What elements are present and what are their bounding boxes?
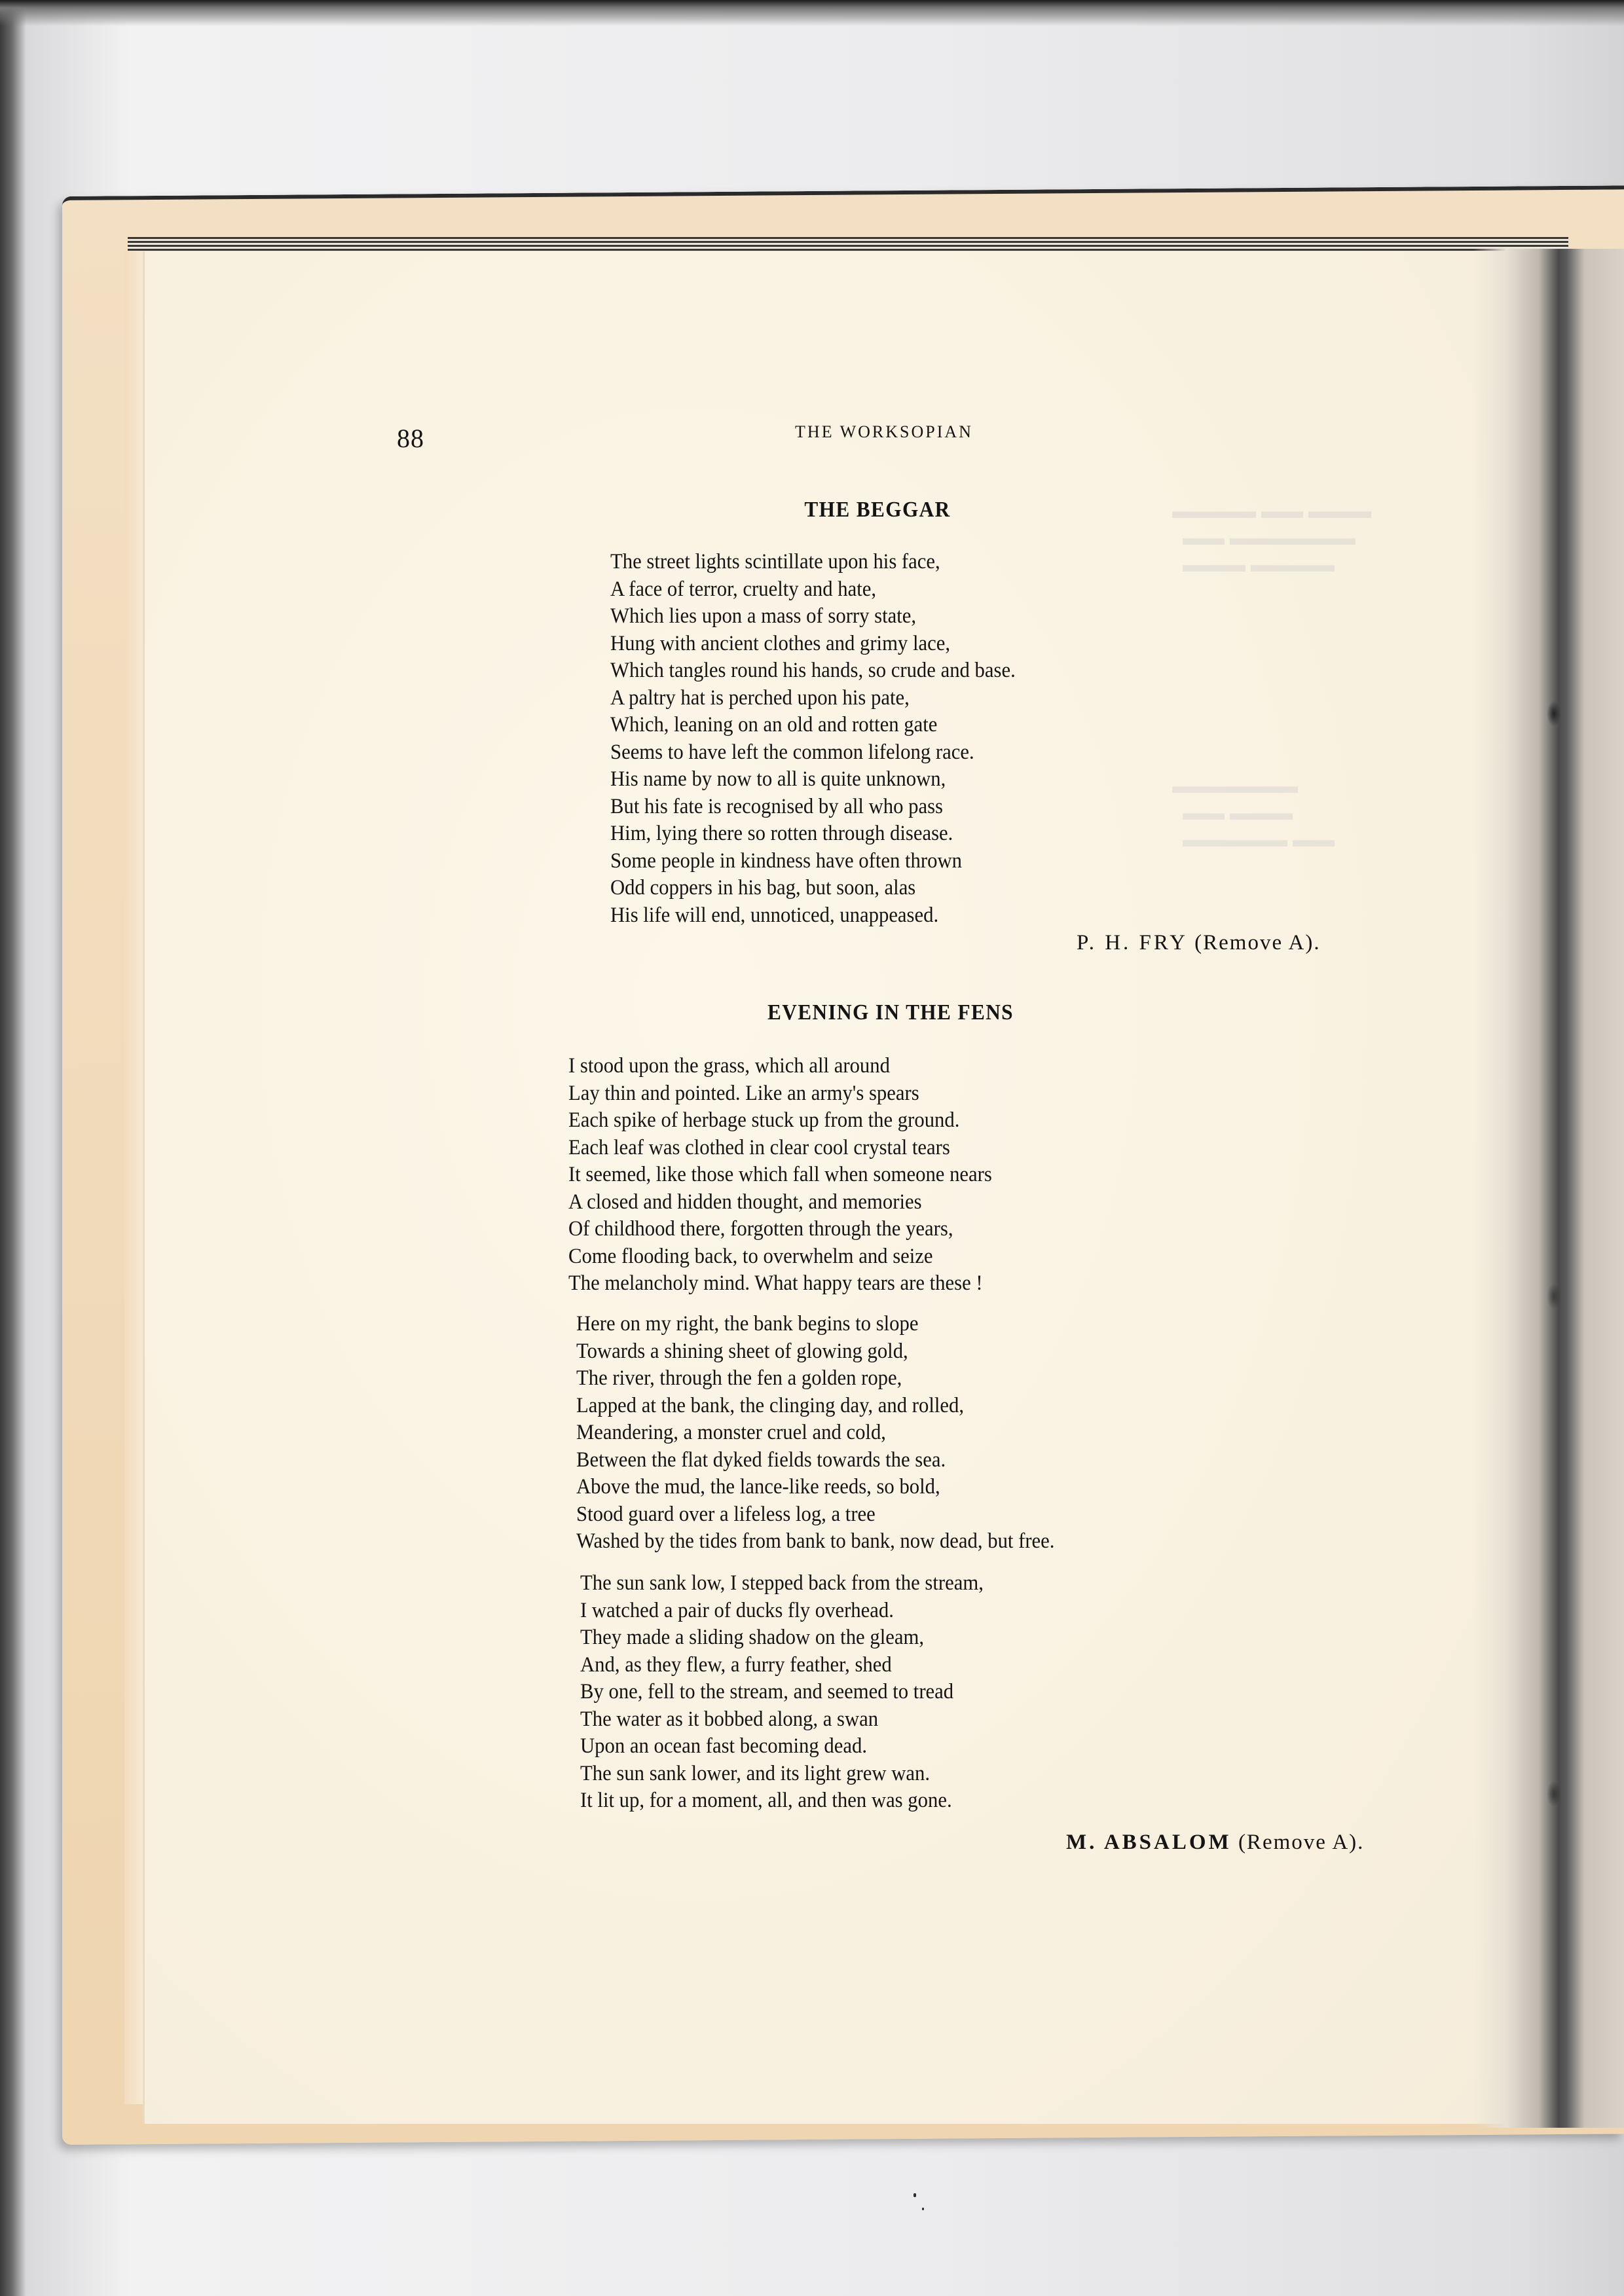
poem-line: A closed and hidden thought, and memorie… bbox=[568, 1189, 992, 1216]
poem-line: Towards a shining sheet of glowing gold, bbox=[576, 1338, 1054, 1366]
poem-line: Upon an ocean fast becoming dead. bbox=[580, 1733, 984, 1760]
poem-line: The street lights scintillate upon his f… bbox=[610, 549, 1016, 576]
author-form: (Remove A). bbox=[1238, 1831, 1364, 1854]
poem-line: A face of terror, cruelty and hate, bbox=[610, 576, 1016, 604]
poem-line: Odd coppers in his bag, but soon, alas bbox=[610, 875, 1016, 902]
poem-line: Him, lying there so rotten through disea… bbox=[610, 820, 1016, 848]
poem-stanza: Here on my right, the bank begins to slo… bbox=[576, 1311, 1090, 1556]
poem-line: I stood upon the grass, which all around bbox=[568, 1053, 992, 1080]
poem-line: Washed by the tides from bank to bank, n… bbox=[576, 1528, 1054, 1556]
poem-line: Which tangles round his hands, so crude … bbox=[610, 657, 1016, 685]
poem-title: THE BEGGAR bbox=[757, 498, 998, 522]
binding-mark bbox=[1547, 1283, 1561, 1309]
poem-line: Here on my right, the bank begins to slo… bbox=[576, 1311, 1054, 1338]
poem-line: The sun sank lower, and its light grew w… bbox=[580, 1760, 984, 1788]
page-stack-edges bbox=[128, 237, 1568, 251]
poem-stanza: The sun sank low, I stepped back from th… bbox=[580, 1570, 1014, 1815]
poem-attribution: M. ABSALOM (Remove A). bbox=[1066, 1831, 1364, 1855]
poem-line: The water as it bobbed along, a swan bbox=[580, 1706, 984, 1734]
page-number: 88 bbox=[397, 423, 424, 454]
poem-title: EVENING IN THE FENS bbox=[722, 1000, 1059, 1025]
author-name: P. H. FRY bbox=[1077, 931, 1188, 955]
poem-line: Which lies upon a mass of sorry state, bbox=[610, 603, 1016, 630]
poem-line: The sun sank low, I stepped back from th… bbox=[580, 1570, 984, 1597]
poem-line: And, as they flew, a furry feather, shed bbox=[580, 1652, 984, 1679]
poem-line: They made a sliding shadow on the gleam, bbox=[580, 1624, 984, 1652]
binding-mark bbox=[1547, 701, 1561, 727]
poem-line: A paltry hat is perched upon his pate, bbox=[610, 685, 1016, 712]
poem-line: Stood guard over a lifeless log, a tree bbox=[576, 1501, 1054, 1529]
poem-line: It lit up, for a moment, all, and then w… bbox=[580, 1787, 984, 1815]
poem-line: Some people in kindness have often throw… bbox=[610, 848, 1016, 875]
poem-line: Hung with ancient clothes and grimy lace… bbox=[610, 630, 1016, 658]
poem-line: His name by now to all is quite unknown, bbox=[610, 766, 1016, 793]
scanner-edge-shadow bbox=[0, 0, 1624, 26]
dust-speck bbox=[922, 2208, 924, 2210]
poem-line: Between the flat dyked fields towards th… bbox=[576, 1447, 1054, 1474]
poem-line: But his fate is recognised by all who pa… bbox=[610, 793, 1016, 821]
poem-line: Meandering, a monster cruel and cold, bbox=[576, 1419, 1054, 1447]
poem-attribution: P. H. FRY (Remove A). bbox=[1077, 931, 1321, 955]
binding-mark bbox=[1547, 1781, 1561, 1807]
poem-line: Above the mud, the lance-like reeds, so … bbox=[576, 1474, 1054, 1501]
poem-stanza: I stood upon the grass, which all around… bbox=[568, 1053, 1024, 1298]
poem-line: I watched a pair of ducks fly overhead. bbox=[580, 1597, 984, 1625]
poem-line: Each leaf was clothed in clear cool crys… bbox=[568, 1135, 992, 1162]
poem-line: The melancholy mind. What happy tears ar… bbox=[568, 1270, 992, 1298]
poem-line: Each spike of herbage stuck up from the … bbox=[568, 1107, 992, 1135]
poem-line: Lapped at the bank, the clinging day, an… bbox=[576, 1393, 1054, 1420]
poem-line: Seems to have left the common lifelong r… bbox=[610, 739, 1016, 767]
poem-line: Of childhood there, forgotten through th… bbox=[568, 1216, 992, 1243]
dust-speck bbox=[913, 2193, 916, 2197]
poem-line: The river, through the fen a golden rope… bbox=[576, 1365, 1054, 1393]
poem-line: Come flooding back, to overwhelm and sei… bbox=[568, 1243, 992, 1271]
page-fore-edge bbox=[124, 251, 144, 2104]
poem-line: It seemed, like those which fall when so… bbox=[568, 1161, 992, 1189]
poem-line: Which, leaning on an old and rotten gate bbox=[610, 712, 1016, 739]
poem-line: His life will end, unnoticed, unappeased… bbox=[610, 902, 1016, 930]
author-form: (Remove A). bbox=[1194, 931, 1320, 955]
poem-stanza: The street lights scintillate upon his f… bbox=[610, 549, 1046, 929]
author-name: M. ABSALOM bbox=[1066, 1831, 1232, 1854]
poem-line: Lay thin and pointed. Like an army's spe… bbox=[568, 1080, 992, 1108]
running-header: THE WORKSOPIAN bbox=[786, 422, 982, 442]
poem-line: By one, fell to the stream, and seemed t… bbox=[580, 1679, 984, 1706]
book-gutter-shadow bbox=[1473, 249, 1624, 2128]
